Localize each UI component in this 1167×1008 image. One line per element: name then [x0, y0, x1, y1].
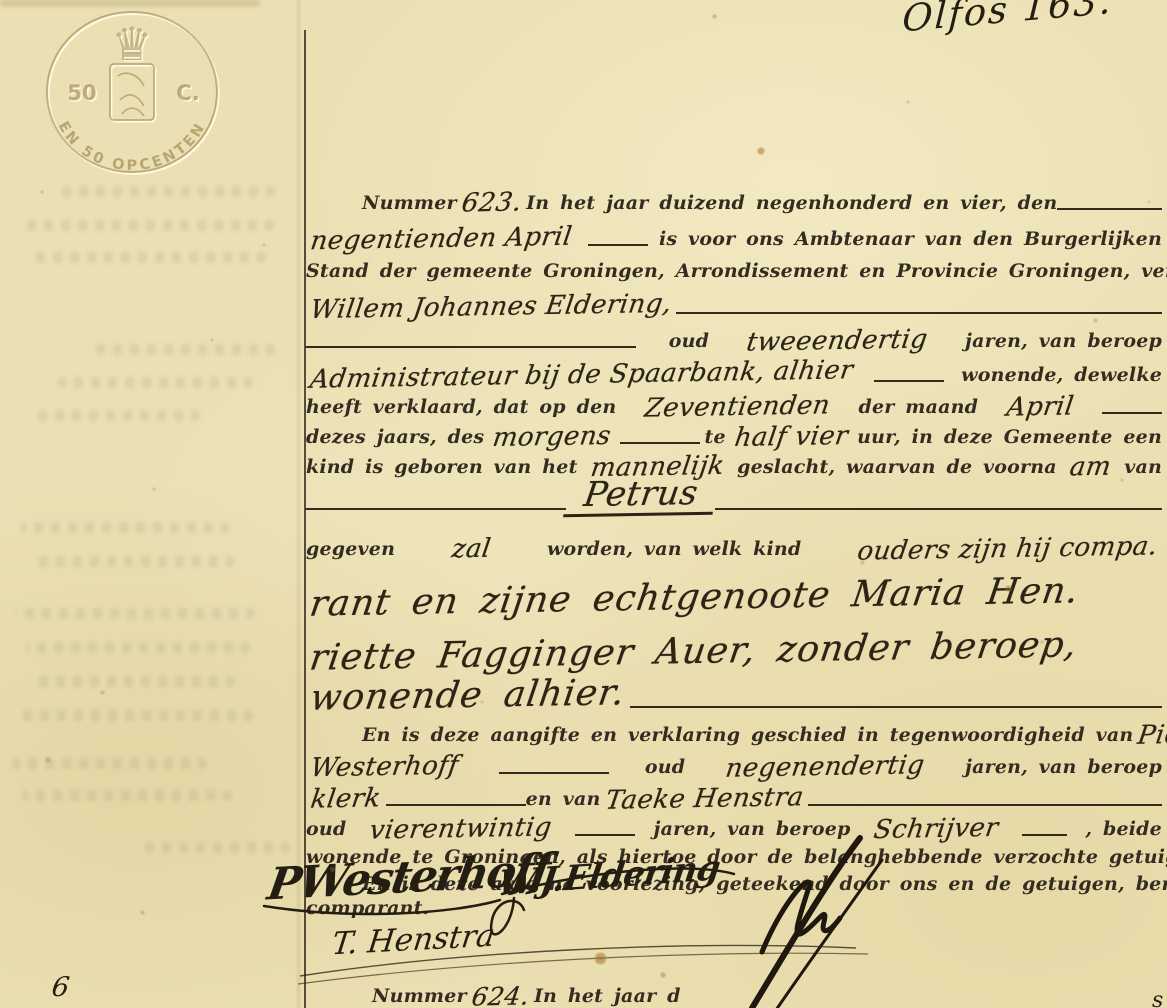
- bleedthrough-ghost: [60, 186, 275, 197]
- handwritten-text: ouders zijn hij compa.: [851, 533, 1164, 564]
- handwritten-text: 624.: [465, 983, 536, 1008]
- handwritten-text: negentienden April: [304, 224, 579, 255]
- fox-spot: [152, 487, 156, 491]
- bleedthrough-ghost: [15, 608, 255, 619]
- fox-spot: [1093, 318, 1098, 323]
- fill-rule-line: [306, 346, 636, 348]
- fox-spot: [660, 972, 666, 978]
- fill-rule-line: [499, 772, 609, 774]
- bleedthrough-ghost: [30, 410, 200, 421]
- printed-text: is voor ons Ambtenaar van den Burgerlijk…: [659, 228, 1162, 252]
- handwritten-text: klerk: [304, 785, 388, 812]
- fill-dash: [1102, 412, 1162, 414]
- act-line: heeft verklaard, dat op denZeventiendend…: [306, 388, 1162, 420]
- handwritten-text: half vier: [728, 423, 855, 451]
- bleedthrough-ghost: [18, 710, 253, 721]
- seal-graphic: ♛ ♛ 50 50 C. C. EN 50 OPCENTEN: [26, 4, 238, 180]
- fox-spot: [480, 700, 484, 704]
- fill-rule-line: [620, 442, 700, 444]
- act-line: negentienden Aprilis voor ons Ambtenaar …: [306, 216, 1162, 252]
- act-line: oudtweeendertigjaren, van beroep: [306, 320, 1162, 354]
- act-line: En is deze aangifte en verklaring geschi…: [306, 714, 1162, 748]
- act-line: Westerhoffoudnegenendertigjaren, van ber…: [306, 748, 1162, 780]
- handwritten-text: wonende alhier.: [303, 675, 633, 717]
- printed-text: wonende, dewelke: [961, 364, 1162, 388]
- fill-dash: [1022, 834, 1067, 836]
- handwritten-text: Pieter: [1131, 721, 1167, 749]
- act-line: klerken vanTaeke Henstra: [306, 780, 1162, 812]
- printed-text: uur, in deze Gemeente een: [857, 426, 1162, 450]
- fox-spot: [210, 338, 214, 342]
- bleedthrough-ghost: [22, 220, 274, 231]
- act-line: Nummer623.In het jaar duizend negenhonde…: [306, 176, 1162, 216]
- seal-right-value: C.: [176, 81, 199, 105]
- signature-flourish-icon: [732, 832, 947, 1008]
- archival-note: Olfos 163.: [901, 0, 1114, 40]
- printed-text: In het jaar duizend negenhonderd en vier…: [526, 192, 1057, 216]
- fill-rule-line: [715, 508, 1162, 510]
- printed-text: Nummer: [362, 192, 457, 216]
- fox-spot: [757, 147, 765, 155]
- act-line: Willem Johannes Eldering,: [306, 284, 1162, 320]
- fox-spot: [100, 690, 105, 695]
- fox-spot: [40, 190, 44, 194]
- act-line: riette Fagginger Auer, zonder beroep,: [306, 616, 1162, 670]
- printed-text: jaren, van beroep: [965, 756, 1162, 780]
- bleedthrough-ghost: [25, 642, 250, 653]
- printed-text: en van: [526, 788, 601, 812]
- act-body: Nummer623.In het jaar duizend negenhonde…: [306, 176, 1162, 921]
- handwritten-text: tweeendertig: [740, 326, 934, 355]
- printed-text: jaren, van beroep: [965, 330, 1162, 354]
- act-line: Administrateur bij de Spaarbank, alhierw…: [306, 354, 1162, 388]
- printed-text: te: [705, 426, 726, 450]
- bleedthrough-ghost: [12, 758, 207, 769]
- handwritten-text: 623.: [455, 189, 528, 216]
- fox-spot: [594, 952, 607, 965]
- printed-text: oud: [645, 756, 685, 780]
- handwritten-text: April: [1000, 393, 1080, 420]
- bleedthrough-ghost: [20, 522, 230, 533]
- fox-spot: [860, 560, 865, 565]
- embossed-revenue-seal: ♛ ♛ 50 50 C. C. EN 50 OPCENTEN: [26, 4, 238, 180]
- fox-spot: [1005, 585, 1012, 592]
- printed-text: Stand der gemeente Groningen, Arrondisse…: [306, 260, 1167, 284]
- fill-rule-line: [306, 508, 566, 510]
- printed-text: oud: [306, 818, 346, 842]
- fill-dash: [588, 244, 648, 246]
- edge-mark: s: [1152, 988, 1163, 1008]
- next-act-partial-line: Nummer 624. In het jaar d: [372, 984, 681, 1008]
- bleedthrough-ghost: [140, 842, 290, 853]
- seal-arc-text: EN 50 OPCENTEN: [55, 119, 210, 174]
- fox-spot: [906, 100, 910, 104]
- handwritten-text: vierentwintig: [363, 814, 558, 843]
- fill-rule-line: [386, 804, 526, 806]
- act-line: dezes jaars, desmorgenstehalf vieruur, i…: [306, 420, 1162, 450]
- fill-rule-line: [808, 804, 1162, 806]
- printed-text: worden, van welk kind: [547, 538, 801, 562]
- act-line: wonende alhier.: [306, 670, 1162, 714]
- fox-spot: [1040, 640, 1044, 644]
- act-line: rant en zijne echtgenoote Maria Hen.: [306, 562, 1162, 616]
- handwritten-text: zal: [445, 536, 498, 563]
- svg-text:EN 50 OPCENTEN: EN 50 OPCENTEN: [55, 119, 210, 174]
- fill-rule-line: [676, 312, 1162, 314]
- printed-text: der maand: [859, 396, 979, 420]
- fill-rule-line: [575, 834, 635, 836]
- bleedthrough-ghost: [58, 377, 253, 388]
- printed-text: geslacht, waarvan de voorna: [737, 456, 1057, 480]
- fill-rule-line: [630, 706, 1162, 708]
- printed-text: van: [1124, 456, 1162, 480]
- act-line: Petrus: [306, 480, 1162, 516]
- handwritten-text: am: [1063, 454, 1118, 481]
- seal-left-value: 50: [67, 81, 96, 105]
- handwritten-text: negenendertig: [719, 752, 931, 782]
- fox-spot: [1147, 200, 1151, 204]
- handwritten-text: morgens: [486, 423, 618, 451]
- fill-rule-line: [874, 380, 944, 382]
- birth-certificate-scan: ♛ ♛ 50 50 C. C. EN 50 OPCENTEN Olfos 163…: [0, 0, 1167, 1008]
- printed-text: kind is geboren van het: [306, 456, 578, 480]
- printed-text: heeft verklaard, dat op den: [306, 396, 616, 420]
- printed-text: En is deze aangifte en verklaring geschi…: [362, 724, 1133, 748]
- printed-text: oud: [669, 330, 709, 354]
- act-line: gegevenzalworden, van welk kindouders zi…: [306, 516, 1162, 562]
- printed-text: Nummer: [372, 985, 467, 1008]
- fox-spot: [140, 910, 145, 915]
- fox-spot: [45, 757, 51, 763]
- handwritten-text: Willem Johannes Eldering,: [304, 291, 679, 323]
- handwritten-text: Petrus: [563, 476, 718, 518]
- bleedthrough-ghost: [35, 556, 235, 567]
- fill-rule-line: [1057, 208, 1162, 210]
- printed-text: , beide: [1085, 818, 1162, 842]
- svg-text:♛: ♛: [111, 17, 152, 71]
- bleedthrough-ghost: [95, 344, 275, 355]
- handwritten-text: Taeke Henstra: [598, 784, 810, 814]
- printed-text: gegeven: [306, 538, 395, 562]
- bleedthrough-ghost: [30, 676, 235, 687]
- act-line: Stand der gemeente Groningen, Arrondisse…: [306, 252, 1162, 284]
- margin-mark: 6: [50, 972, 72, 1003]
- printed-text: dezes jaars, des: [306, 426, 484, 450]
- handwritten-text: Zeventienden: [638, 392, 837, 421]
- bleedthrough-ghost: [28, 252, 266, 263]
- bleedthrough-ghost: [22, 790, 232, 801]
- act-line: kind is geboren van hetmannelijkgeslacht…: [306, 450, 1162, 480]
- handwritten-text: Westerhoff: [304, 753, 465, 782]
- fox-spot: [1120, 478, 1124, 482]
- fox-spot: [262, 243, 266, 247]
- fox-spot: [712, 14, 717, 19]
- fox-spot: [330, 867, 335, 872]
- printed-text: In het jaar d: [534, 985, 681, 1008]
